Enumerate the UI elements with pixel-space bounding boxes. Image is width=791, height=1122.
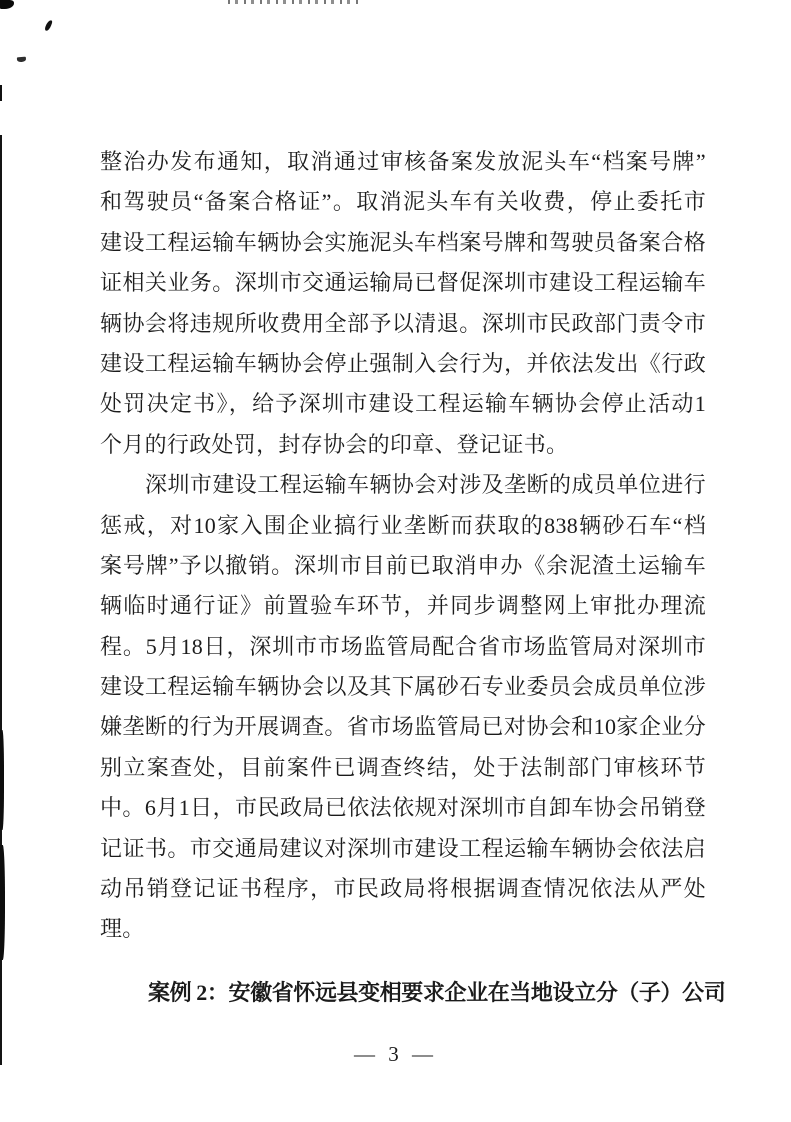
- body-line: 案号牌”予以撤销。深圳市目前已取消申办《余泥渣土运输车: [100, 546, 706, 586]
- body-line: 建设工程运输车辆协会实施泥头车档案号牌和驾驶员备案合格: [100, 223, 706, 263]
- body-line: 惩戒，对10家入围企业搞行业垄断而获取的838辆砂石车“档: [100, 506, 706, 546]
- body-line: 整治办发布通知，取消通过审核备案发放泥头车“档案号牌”: [100, 142, 706, 182]
- case-2-heading: 案例 2：安徽省怀远县变相要求企业在当地设立分（子）公司: [148, 978, 728, 1008]
- document-page: 整治办发布通知，取消通过审核备案发放泥头车“档案号牌” 和驾驶员“备案合格证”。…: [0, 0, 791, 1122]
- body-line: 记证书。市交通局建议对深圳市建设工程运输车辆协会依法启: [100, 829, 706, 869]
- body-line: 嫌垄断的行为开展调查。省市场监管局已对协会和10家企业分: [100, 707, 706, 747]
- body-line: 辆临时通行证》前置验车环节，并同步调整网上审批办理流: [100, 586, 706, 626]
- body-line: 和驾驶员“备案合格证”。取消泥头车有关收费，停止委托市: [100, 182, 706, 222]
- body-line: 深圳市建设工程运输车辆协会对涉及垄断的成员单位进行: [100, 465, 706, 505]
- body-line: 别立案查处，目前案件已调查终结，处于法制部门审核环节: [100, 748, 706, 788]
- scan-left-edge-bulge-artifact: [0, 845, 5, 960]
- body-line: 动吊销登记证书程序，市民政局将根据调查情况依法从严处: [100, 869, 706, 909]
- body-text: 整治办发布通知，取消通过审核备案发放泥头车“档案号牌” 和驾驶员“备案合格证”。…: [100, 142, 706, 950]
- scan-left-edge-line-artifact: [0, 85, 2, 101]
- scan-corner-blob-artifact: [0, 0, 14, 9]
- body-line: 建设工程运输车辆协会以及其下属砂石专业委员会成员单位涉: [100, 667, 706, 707]
- scan-tiny-mark-artifact: [17, 57, 26, 63]
- body-line: 辆协会将违规所收费用全部予以清退。深圳市民政部门责令市: [100, 304, 706, 344]
- scan-left-edge-bulge-artifact: [0, 730, 4, 830]
- body-line: 个月的行政处罚，封存协会的印章、登记证书。: [100, 425, 706, 465]
- body-line: 建设工程运输车辆协会停止强制入会行为，并依法发出《行政: [100, 344, 706, 384]
- page-number: — 3 —: [0, 1042, 791, 1067]
- scan-top-speckles-artifact: [228, 0, 358, 4]
- body-line: 处罚决定书》，给予深圳市建设工程运输车辆协会停止活动1: [100, 384, 706, 424]
- body-line: 证相关业务。深圳市交通运输局已督促深圳市建设工程运输车: [100, 263, 706, 303]
- body-line: 理。: [100, 909, 706, 949]
- body-line: 中。6月1日，市民政局已依法依规对深圳市自卸车协会吊销登: [100, 788, 706, 828]
- scan-comma-mark-artifact: [44, 20, 53, 31]
- body-line: 程。5月18日，深圳市市场监管局配合省市场监管局对深圳市: [100, 627, 706, 667]
